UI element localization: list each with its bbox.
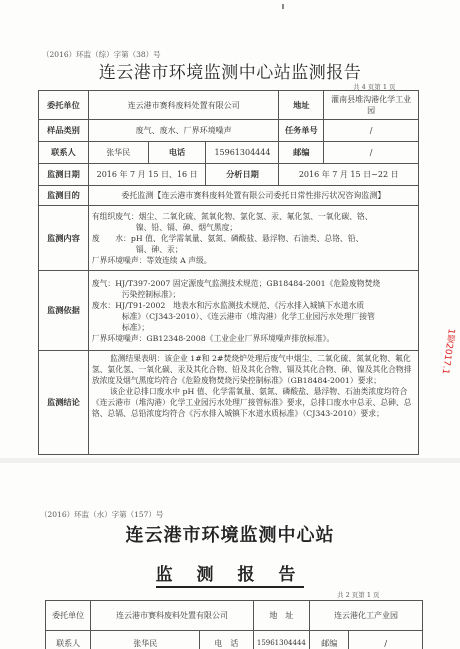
basis-line: 厂界环境噪声：GB12348-2008《工业企业厂界环境噪声排放标准》。 xyxy=(92,333,415,344)
content-line: 镉、砷、汞； xyxy=(92,244,415,255)
contact-label: 联系人 xyxy=(39,142,89,164)
task-number-value: / xyxy=(324,120,419,142)
client-value: 连云港市赛科废料处置有限公司 xyxy=(88,91,279,120)
conclusion-label: 监测结论 xyxy=(39,351,89,455)
conclusion-block: 监测结果表明：该企业 1#和 2#焚烧炉处理后废气中烟尘、二氧化硫、氮氧化物、氟… xyxy=(88,351,418,455)
contact-value-2: 张华民 xyxy=(91,631,200,649)
basis-line: 标准》（CJ343-2010）、《连云港市（堆沟港）化学工业园污水处理厂接管 xyxy=(92,311,415,322)
postcode-label-2: 邮编 xyxy=(310,631,349,649)
doc-number-2: （2016）环监（水）字第（157）号 xyxy=(40,509,163,520)
monitor-date-label: 监测日期 xyxy=(39,164,89,186)
address-value: 灌南县堆沟港化学工业园 xyxy=(324,91,419,120)
report-title-2: 连云港市环境监测中心站 xyxy=(0,521,460,547)
content-line: 镍、铅、镉、砷、烟气黑度； xyxy=(92,222,415,233)
conclusion-paragraph: 监测结果表明：该企业 1#和 2#焚烧炉处理后废气中烟尘、二氧化硫、氮氧化物、氟… xyxy=(92,353,415,386)
basis-block: 废气：HJ/T397-2007 固定源废气监测技术规范；GB18484-2001… xyxy=(88,271,418,351)
analysis-date-label: 分析日期 xyxy=(206,164,279,186)
address-label-2: 地 址 xyxy=(253,601,309,631)
postcode-value-2: / xyxy=(349,631,423,649)
basis-line: 废水：HJ/T91-2002 地表水和污水监测技术规范、《污水排入城镇下水道水质 xyxy=(92,300,415,311)
report-title: 连云港市环境监测中心站监测报告 xyxy=(0,58,460,83)
basis-line: 废气：HJ/T397-2007 固定源废气监测技术规范；GB18484-2001… xyxy=(92,278,415,289)
sample-type-value: 废气、废水、厂界环境噪声 xyxy=(88,120,279,142)
content-line: 废 水：pH 值、化学需氧量、氨氮、磷酸盐、悬浮物、石油类、总铬、铅、 xyxy=(92,233,415,244)
postcode-value: / xyxy=(324,142,419,164)
client-label-2: 委托单位 xyxy=(46,601,91,631)
basis-line: 污染控制标准》； xyxy=(92,289,415,300)
content-block: 有组织废气：烟尘、二氧化硫、氮氧化物、氯化氢、汞、氟化氢、一氧化碳、铬、 镍、铅… xyxy=(88,206,418,271)
phone-value: 15961304444 xyxy=(206,142,279,164)
scan-speck xyxy=(282,4,284,9)
page-count-2: 共 2 页第 1 页 xyxy=(337,590,380,599)
analysis-date-value: 2016 年 7 月 15 日~22 日 xyxy=(279,164,419,186)
client-value-2: 连云港市赛科废料处置有限公司 xyxy=(91,601,253,631)
report-subtitle-2: 监 测 报 告 xyxy=(0,560,460,585)
report-subtitle-text: 监 测 报 告 xyxy=(156,565,305,588)
task-number-label: 任务单号 xyxy=(279,120,324,142)
content-line: 有组织废气：烟尘、二氧化硫、氮氧化物、氯化氢、汞、氟化氢、一氧化碳、铬、 xyxy=(92,211,415,222)
contact-label-2: 联系人 xyxy=(46,631,91,649)
purpose-value: 委托监测【连云港市赛科废料处置有限公司委托日常性排污状况咨询监测】 xyxy=(88,186,418,206)
address-label: 地址 xyxy=(279,91,324,120)
conclusion-paragraph: 该企业总排口废水中 pH 值、化学需氧量、氨氮、磷酸盐、悬浮物、石油类浓度均符合… xyxy=(92,386,415,419)
report-info-table: 委托单位 连云港市赛科废料处置有限公司 地址 灌南县堆沟港化学工业园 样品类别 … xyxy=(38,90,419,455)
purpose-label: 监测目的 xyxy=(39,186,89,206)
address-value-2: 连云港化工产业园 xyxy=(310,601,423,631)
monitor-date-value: 2016 年 7 月 15 日、16 日 xyxy=(88,164,206,186)
sample-type-label: 样品类别 xyxy=(39,120,89,142)
client-label: 委托单位 xyxy=(39,91,89,120)
phone-label-2: 电 话 xyxy=(200,631,253,649)
contact-value: 张华民 xyxy=(88,142,148,164)
content-line: 厂界环境噪声：等效连续 A 声级。 xyxy=(92,255,415,266)
content-label: 监测内容 xyxy=(39,206,89,271)
phone-label: 电话 xyxy=(148,142,206,164)
basis-line: 标准》； xyxy=(92,322,415,333)
postcode-label: 邮编 xyxy=(279,142,324,164)
phone-value-2: 15961304444 xyxy=(253,631,309,649)
report-info-table-2: 委托单位 连云港市赛科废料处置有限公司 地 址 连云港化工产业园 联系人 张华民… xyxy=(45,600,423,649)
basis-label: 监测依据 xyxy=(39,271,89,351)
